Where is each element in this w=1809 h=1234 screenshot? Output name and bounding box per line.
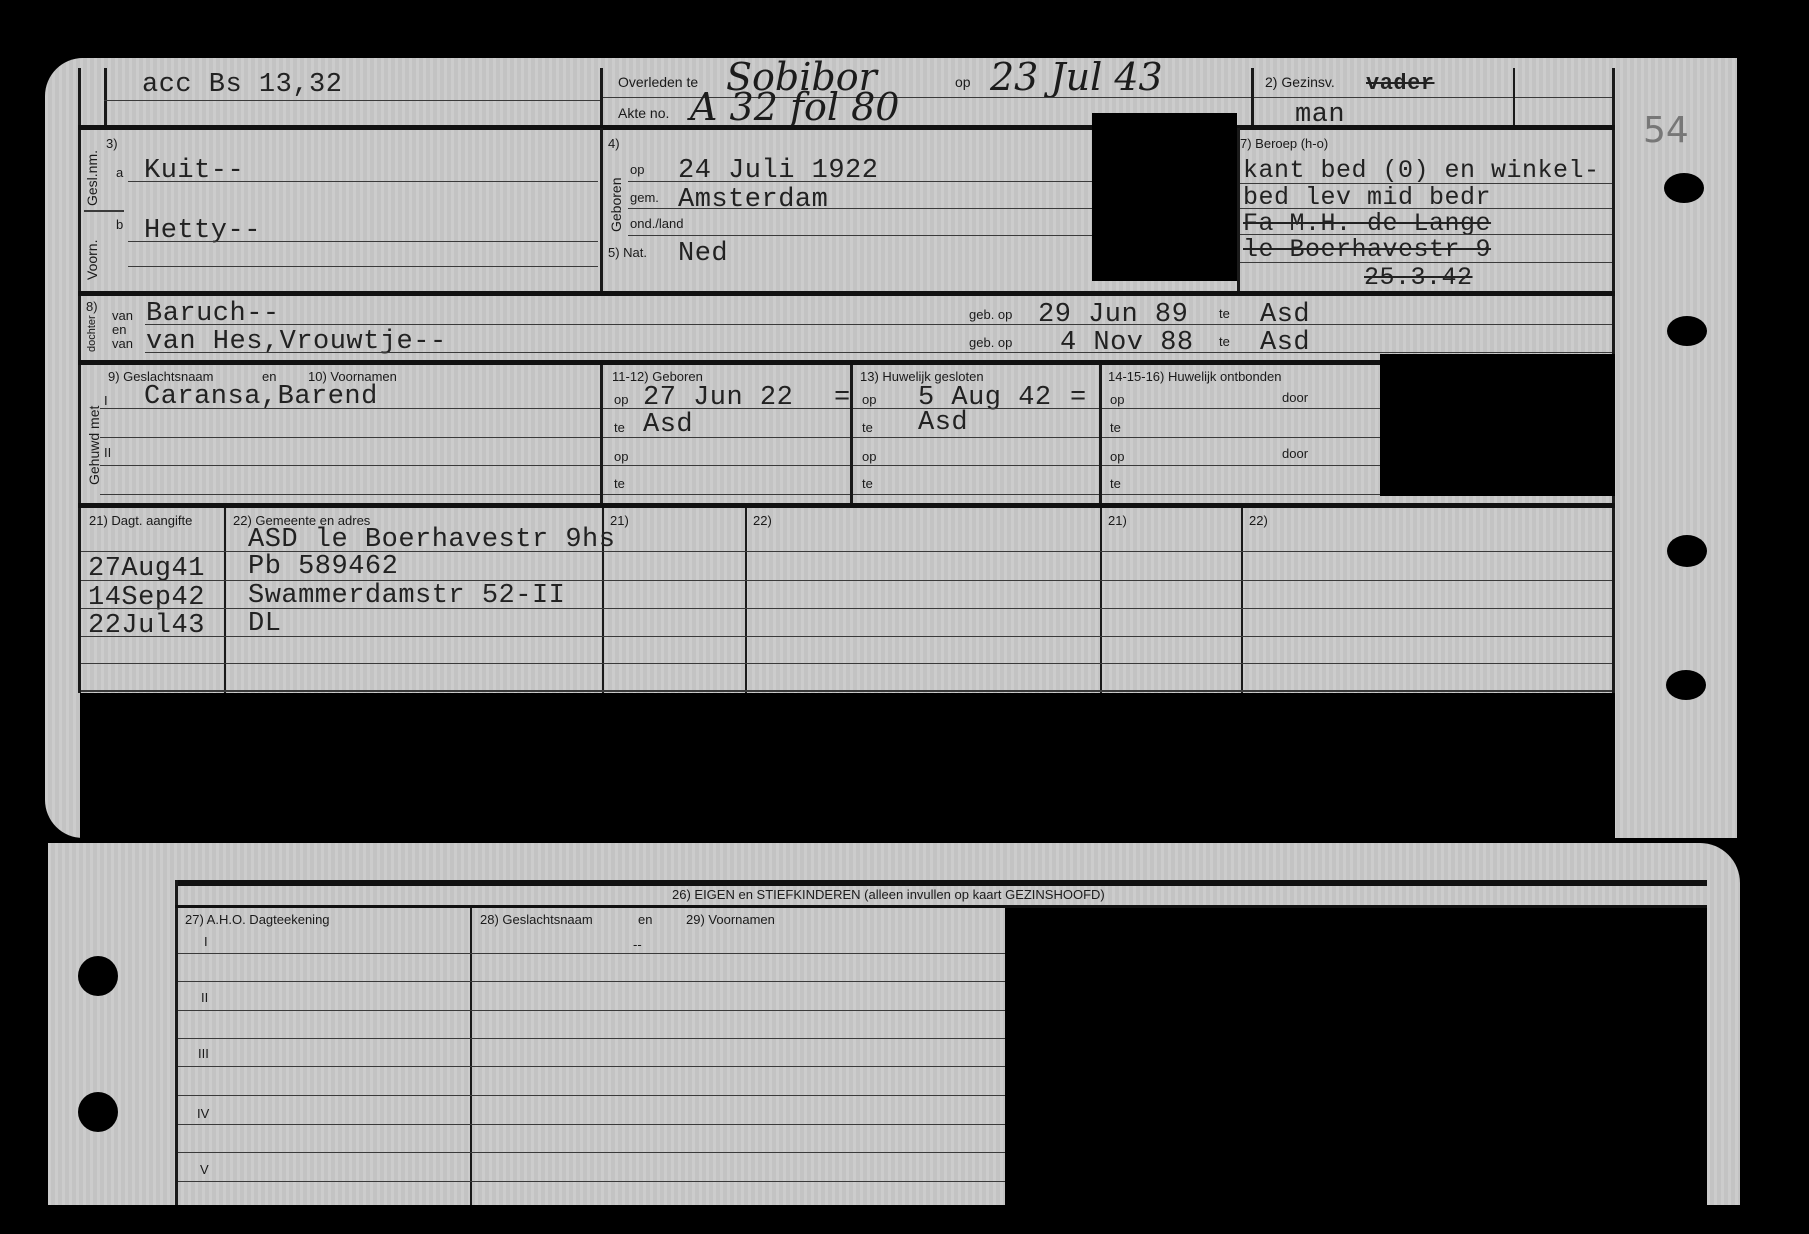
rule [178, 1124, 1005, 1125]
akte-number: A 32 fol 80 [690, 88, 899, 126]
address-row-2: Pb 589462 [248, 554, 398, 581]
child-row-i: I [204, 935, 208, 948]
father-te-label: te [1219, 307, 1230, 320]
redacted-area [1005, 908, 1707, 1205]
spouse-birth-place: Asd [643, 412, 693, 439]
marriage-place: Asd [918, 410, 968, 437]
rule [100, 465, 600, 466]
father-birth-place: Asd [1260, 302, 1310, 329]
child-first-names-header: 29) Voornamen [686, 913, 775, 926]
en-label: en [112, 323, 126, 336]
section-rule [78, 291, 1615, 296]
op-label: op [614, 450, 628, 463]
reference-number: acc Bs 13,32 [142, 72, 342, 99]
rule [178, 1010, 1005, 1011]
rule [1102, 494, 1380, 495]
rule [853, 465, 1099, 466]
rule [853, 408, 1099, 409]
mother-geb-op-label: geb. op [969, 336, 1012, 349]
aho-column-header: 27) A.H.O. Dagteekening [185, 913, 330, 926]
b-label: b [116, 218, 123, 231]
nationality-label: 5) Nat. [608, 246, 647, 259]
op-label: op [1110, 393, 1124, 406]
gezinsv-label: 2) Gezinsv. [1265, 75, 1335, 89]
rule [178, 1152, 1005, 1153]
spouse-1-name: Caransa,Barend [144, 384, 378, 411]
rule [853, 437, 1099, 438]
occupation-line-5: 25.3.42 [1364, 265, 1473, 290]
redacted-area [1380, 354, 1615, 496]
father-birth-date: 29 Jun 89 [1038, 302, 1188, 329]
rule [1102, 437, 1380, 438]
gesl-label: Gesl.nm. [84, 150, 100, 206]
spouse-te-label: te [614, 421, 625, 434]
divider [1251, 68, 1254, 128]
spouse-op-label: op [614, 393, 628, 406]
ontbonden-header: 14-15-16) Huwelijk ontbonden [1108, 370, 1281, 383]
rule [128, 266, 598, 267]
rule [145, 352, 1612, 353]
birth-municipality: Amsterdam [678, 187, 828, 214]
child-name-header: 28) Geslachtsnaam [480, 913, 593, 926]
punch-hole [1667, 316, 1707, 346]
rule [145, 324, 1612, 325]
divider [600, 365, 603, 506]
rule [81, 663, 1612, 664]
akte-label: Akte no. [618, 106, 669, 120]
mother-birth-place: Asd [1260, 330, 1310, 357]
rule [84, 210, 124, 212]
birth-op-label: op [630, 163, 644, 176]
divider [1099, 365, 1102, 506]
rule [603, 494, 850, 495]
rule [178, 953, 1005, 954]
rule [100, 437, 600, 438]
divider [850, 365, 853, 506]
door-label: door [1282, 391, 1308, 404]
te-label: te [614, 477, 625, 490]
te-label: te [1110, 477, 1121, 490]
child-row-iii: III [198, 1047, 209, 1060]
te-label: te [862, 477, 873, 490]
address-row-4: DL [248, 611, 281, 638]
mother-birth-date: 4 Nov 88 [1060, 330, 1194, 357]
te-label: te [1110, 421, 1121, 434]
children-section-title: 26) EIGEN en STIEFKINDEREN (alleen invul… [672, 888, 1105, 901]
divider [600, 128, 603, 294]
roman-i: I [104, 394, 108, 407]
rule [178, 1181, 1005, 1182]
rule [628, 208, 1093, 209]
rule [178, 981, 1005, 982]
punch-hole [78, 1092, 118, 1132]
van-label-father: van [112, 309, 133, 322]
frame-left [78, 68, 81, 693]
geboren-header: 11-12) Geboren [612, 370, 703, 383]
overleden-label: Overleden te [618, 75, 698, 89]
section-rule [78, 125, 1615, 130]
voorn-label: Voorn. [84, 240, 100, 280]
col-21-header: 21) [1108, 514, 1127, 527]
marriage-op-label: op [862, 393, 876, 406]
occupation-line-2: bed lev mid bedr [1243, 185, 1491, 210]
ond-land-label: ond./land [630, 217, 684, 230]
nationality: Ned [678, 241, 728, 268]
rule [628, 235, 1093, 236]
dash-mark: -- [633, 938, 642, 951]
divider [1237, 128, 1240, 294]
punch-hole [1666, 670, 1706, 700]
section-3-number: 3) [106, 137, 118, 150]
dochter-label: dochter [86, 315, 98, 352]
a-label: a [116, 166, 123, 179]
rule [81, 690, 1612, 692]
gehuwd-met-label: Gehuwd met [86, 406, 102, 485]
rule [603, 437, 850, 438]
rule [128, 181, 598, 182]
divider [745, 508, 747, 693]
punch-hole [1667, 535, 1707, 567]
rule [81, 608, 1612, 609]
gem-label: gem. [630, 191, 659, 204]
gezinsv-struck-value: vader [1366, 73, 1435, 95]
marriage-te-label: te [862, 421, 873, 434]
geboren-label: Geboren [608, 178, 624, 232]
section-rule [78, 503, 1615, 508]
redacted-photo [1092, 113, 1237, 281]
divider [600, 68, 603, 128]
van-label-mother: van [112, 337, 133, 350]
occupation-line-3: Fa M.H. de Lange [1243, 211, 1491, 236]
father-geb-op-label: geb. op [969, 308, 1012, 321]
margin-pencil-note: 54 [1643, 110, 1689, 151]
divider [1241, 508, 1243, 693]
op-label: op [862, 450, 876, 463]
punch-hole [78, 956, 118, 996]
section-8-number: 8) [86, 300, 98, 313]
rule [1102, 465, 1380, 466]
header-divider [104, 68, 107, 126]
col-22-header: 22) [1249, 514, 1268, 527]
op-label: op [1110, 450, 1124, 463]
rule [128, 241, 598, 242]
divider [1513, 68, 1515, 128]
rule [104, 100, 602, 101]
redacted-area [80, 693, 1615, 839]
gesloten-header: 13) Huwelijk gesloten [860, 370, 984, 383]
divider [1100, 508, 1102, 693]
date-column-header: 21) Dagt. aangifte [89, 514, 192, 527]
rule [178, 1095, 1005, 1096]
section-4-number: 4) [608, 137, 620, 150]
col-22-header: 22) [753, 514, 772, 527]
child-row-ii: II [201, 991, 208, 1004]
death-op-label: op [955, 75, 971, 89]
death-date: 23 Jul 43 [990, 58, 1163, 96]
child-row-v: V [200, 1163, 209, 1176]
occupation-line-4: le Boerhavestr 9 [1243, 237, 1491, 262]
frame-left [175, 880, 178, 1205]
mother-te-label: te [1219, 335, 1230, 348]
punch-hole [1664, 173, 1704, 203]
rule [628, 181, 1093, 182]
rule [100, 408, 600, 409]
rule [853, 494, 1099, 495]
roman-ii: II [104, 446, 111, 459]
child-row-iv: IV [197, 1107, 209, 1120]
rule [178, 1066, 1005, 1067]
rule [178, 1038, 1005, 1039]
child-en-header: en [638, 913, 652, 926]
rule [1102, 408, 1380, 409]
address-row-3: Swammerdamstr 52-II [248, 583, 565, 610]
rule [81, 636, 1612, 637]
rule [603, 465, 850, 466]
occupation-label: 7) Beroep (h-o) [1240, 137, 1328, 150]
rule [603, 408, 850, 409]
divider [224, 508, 226, 693]
door-label: door [1282, 447, 1308, 460]
address-row-1: ASD le Boerhavestr 9hs [248, 527, 615, 554]
occupation-line-1: kant bed (0) en winkel- [1243, 158, 1600, 183]
rule [100, 494, 600, 495]
section-rule [175, 880, 1707, 886]
address-date-2: 27Aug41 [88, 556, 205, 583]
rule [1254, 97, 1612, 98]
